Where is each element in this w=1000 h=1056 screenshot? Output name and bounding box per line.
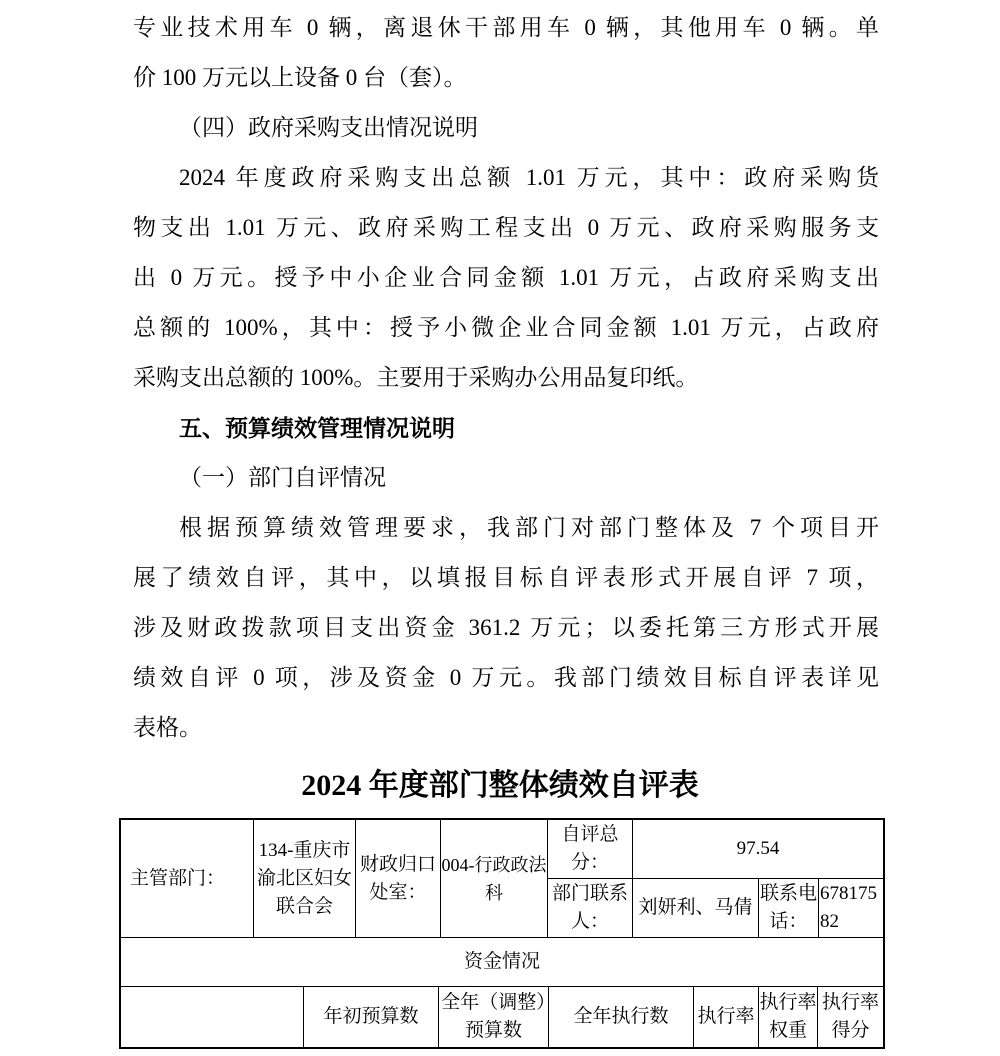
table-row: 资金情况 (121, 938, 883, 987)
cell-header-rate-weight: 执行率权重 (759, 987, 818, 1047)
cell-funds-section-title: 资金情况 (121, 938, 883, 987)
cell-header-annual-execution: 全年执行数 (549, 987, 694, 1047)
text-line: 出 0 万元。授予中小企业合同金额 1.01 万元，占政府采购支出 (121, 253, 879, 303)
cell-header-empty (121, 987, 304, 1047)
cell-supervisor-label: 主管部门： (121, 820, 254, 938)
text-line: 2024 年度政府采购支出总额 1.01 万元，其中：政府采购货 (121, 153, 879, 203)
text-line: 物支出 1.01 万元、政府采购工程支出 0 万元、政府采购服务支 (121, 203, 879, 253)
text-line: 根据预算绩效管理要求，我部门对部门整体及 7 个项目开 (121, 503, 879, 553)
cell-header-adjusted-budget: 全年（调整）预算数 (439, 987, 549, 1047)
table-title: 2024 年度部门整体绩效自评表 (0, 753, 1000, 818)
cell-phone-label: 联系电话： (759, 879, 819, 938)
cell-contact-label: 部门联系人： (548, 879, 633, 938)
cell-phone-value: 67817582 (819, 879, 883, 938)
self-eval-table: 主管部门： 134-重庆市渝北区妇女联合会 财政归口处室： 004-行政政法科 … (119, 818, 885, 1049)
text-line: 总额的 100%，其中：授予小微企业合同金额 1.01 万元，占政府 (121, 303, 879, 353)
subsection-heading-self-eval: （一）部门自评情况 (121, 453, 879, 503)
table-row: 部门联系人： 刘妍利、马倩 联系电话： 67817582 (548, 879, 883, 938)
cell-self-score-label: 自评总分： (548, 820, 633, 879)
cell-supervisor-value: 134-重庆市渝北区妇女联合会 (254, 820, 356, 938)
cell-header-initial-budget: 年初预算数 (304, 987, 439, 1047)
table-row: 主管部门： 134-重庆市渝北区妇女联合会 财政归口处室： 004-行政政法科 … (121, 820, 883, 938)
table-header-row: 年初预算数 全年（调整）预算数 全年执行数 执行率 执行率权重 执行率得分 (121, 987, 883, 1047)
cell-finance-office-value: 004-行政政法科 (441, 820, 548, 938)
document-body: 专业技术用车 0 辆，离退休干部用车 0 辆，其他用车 0 辆。单 价 100 … (0, 0, 1000, 753)
text-line: 表格。 (121, 703, 879, 753)
cell-header-rate-score: 执行率得分 (818, 987, 883, 1047)
table-row: 自评总分： 97.54 (548, 820, 883, 879)
text-line: 涉及财政拨款项目支出资金 361.2 万元；以委托第三方形式开展 (121, 603, 879, 653)
cell-finance-office-label: 财政归口处室： (356, 820, 441, 938)
table-subgrid: 自评总分： 97.54 部门联系人： 刘妍利、马倩 联系电话： 67817582 (548, 820, 883, 938)
section-heading-procurement: （四）政府采购支出情况说明 (121, 103, 879, 153)
text-line: 专业技术用车 0 辆，离退休干部用车 0 辆，其他用车 0 辆。单 (121, 3, 879, 53)
text-line: 展了绩效自评，其中，以填报目标自评表形式开展自评 7 项， (121, 553, 879, 603)
text-line: 价 100 万元以上设备 0 台（套）。 (121, 53, 879, 103)
section-heading-performance: 五、预算绩效管理情况说明 (121, 403, 879, 453)
text-line: 采购支出总额的 100%。主要用于采购办公用品复印纸。 (121, 353, 879, 403)
cell-contact-value: 刘妍利、马倩 (633, 879, 759, 938)
cell-header-execution-rate: 执行率 (694, 987, 759, 1047)
text-line: 绩效自评 0 项，涉及资金 0 万元。我部门绩效目标自评表详见 (121, 653, 879, 703)
cell-self-score-value: 97.54 (633, 820, 883, 879)
